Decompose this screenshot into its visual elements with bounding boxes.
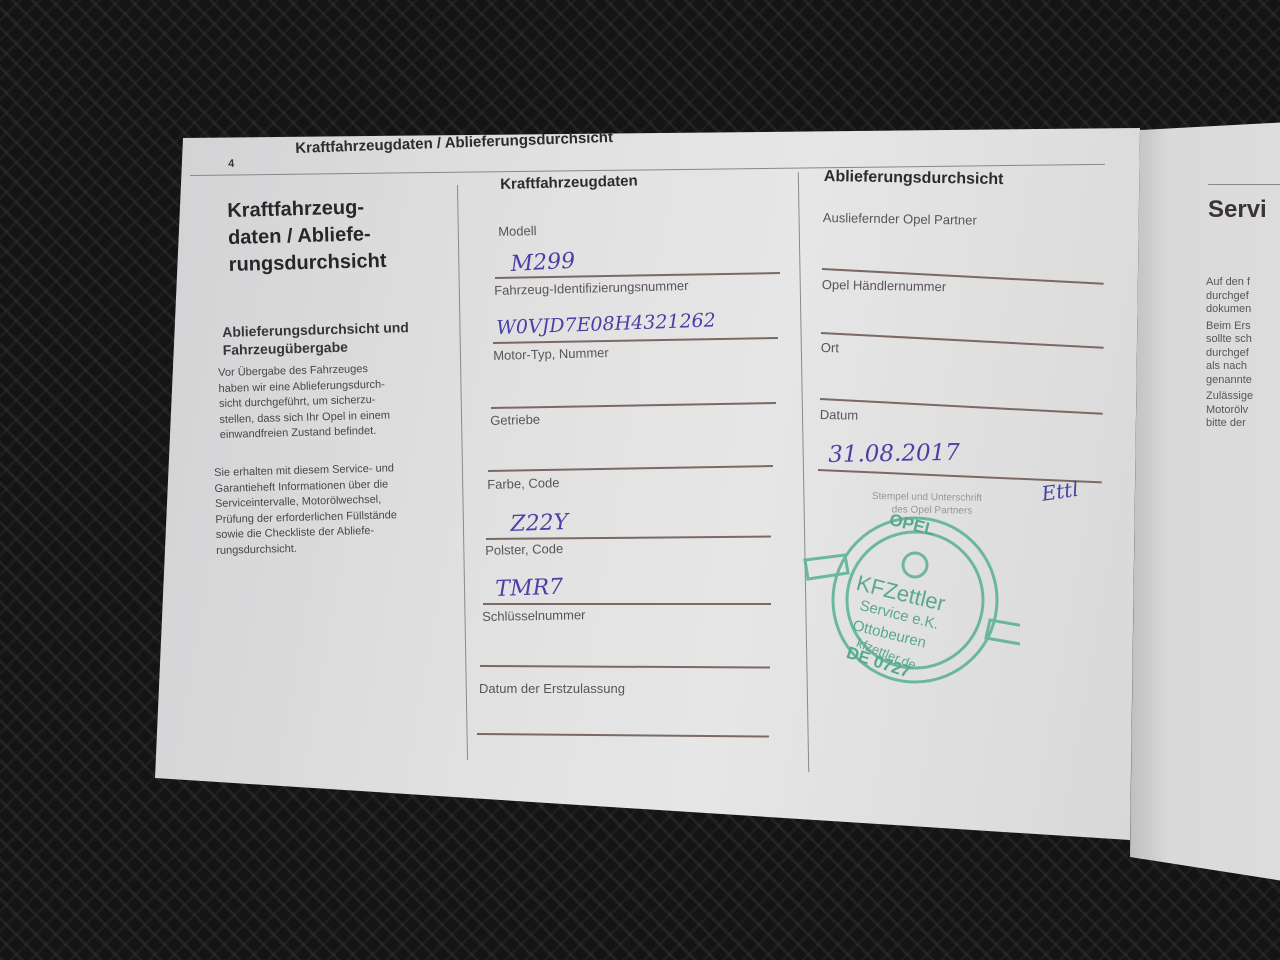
- field-label-partner: Ausliefernder Opel Partner: [823, 210, 977, 228]
- subheading: Ablieferungsdurchsicht und Fahrzeugüberg…: [222, 318, 410, 359]
- field-label-transmission: Getriebe: [490, 412, 540, 428]
- right-line: Auf den f: [1206, 276, 1253, 290]
- field-label-model: Modell: [498, 223, 537, 239]
- right-line: genannte: [1206, 374, 1253, 388]
- vehicle-data-heading: Kraftfahrzeugdaten: [500, 172, 638, 193]
- field-line: [483, 603, 771, 605]
- field-label-date: Datum: [820, 407, 859, 423]
- field-value-model: M299: [510, 249, 576, 277]
- page-number: 4: [228, 158, 234, 170]
- intro-paragraph: Vor Übergabe des Fahrzeuges haben wir ei…: [218, 362, 391, 444]
- field-label-first-registration: Datum der Erstzulassung: [479, 681, 625, 696]
- delivery-inspection-heading: Ablieferungsdurchsicht: [824, 168, 1004, 189]
- right-line: bitte der: [1206, 417, 1253, 431]
- right-line: dokumen: [1206, 303, 1253, 317]
- booklet-right-page: [1130, 122, 1280, 882]
- right-line: Zulässige: [1206, 390, 1253, 404]
- right-line: sollte sch: [1206, 333, 1253, 347]
- right-page-text: Auf den f durchgef dokumen Beim Ers soll…: [1206, 276, 1253, 431]
- title-line: rungsdurchsicht: [228, 248, 386, 279]
- caption-line: Stempel und Unterschrift: [872, 490, 982, 505]
- field-label-dealer-number: Opel Händlernummer: [822, 277, 947, 294]
- signature: Ettl: [1040, 477, 1080, 506]
- section-title: Kraftfahrzeug- daten / Abliefe- rungsdur…: [227, 194, 387, 279]
- right-line: durchgef: [1206, 290, 1253, 304]
- right-line: Motorölv: [1206, 404, 1253, 418]
- info-paragraph: Sie erhalten mit diesem Service- und Gar…: [214, 461, 398, 559]
- right-line: als nach: [1206, 360, 1253, 374]
- right-line: Beim Ers: [1206, 320, 1253, 334]
- field-label-location: Ort: [821, 340, 839, 355]
- field-label-color: Farbe, Code: [487, 475, 560, 492]
- title-line: Kraftfahrzeug-: [227, 194, 385, 225]
- title-line: daten / Abliefe-: [228, 221, 386, 252]
- right-header-rule: [1208, 184, 1280, 185]
- dealer-stamp: OPEL KFZettler Service e.K. Ottobeuren k…: [800, 505, 1000, 685]
- field-label-key-number: Schlüsselnummer: [482, 607, 586, 624]
- field-value-date: 31.08.2017: [828, 440, 960, 468]
- field-label-engine: Motor-Typ, Nummer: [493, 345, 609, 363]
- right-line: durchgef: [1206, 347, 1253, 361]
- field-label-upholstery: Polster, Code: [485, 541, 563, 558]
- field-value-color: Z22Y: [510, 510, 569, 537]
- right-page-heading: Servi: [1208, 196, 1267, 224]
- field-value-upholstery: TMR7: [495, 575, 564, 602]
